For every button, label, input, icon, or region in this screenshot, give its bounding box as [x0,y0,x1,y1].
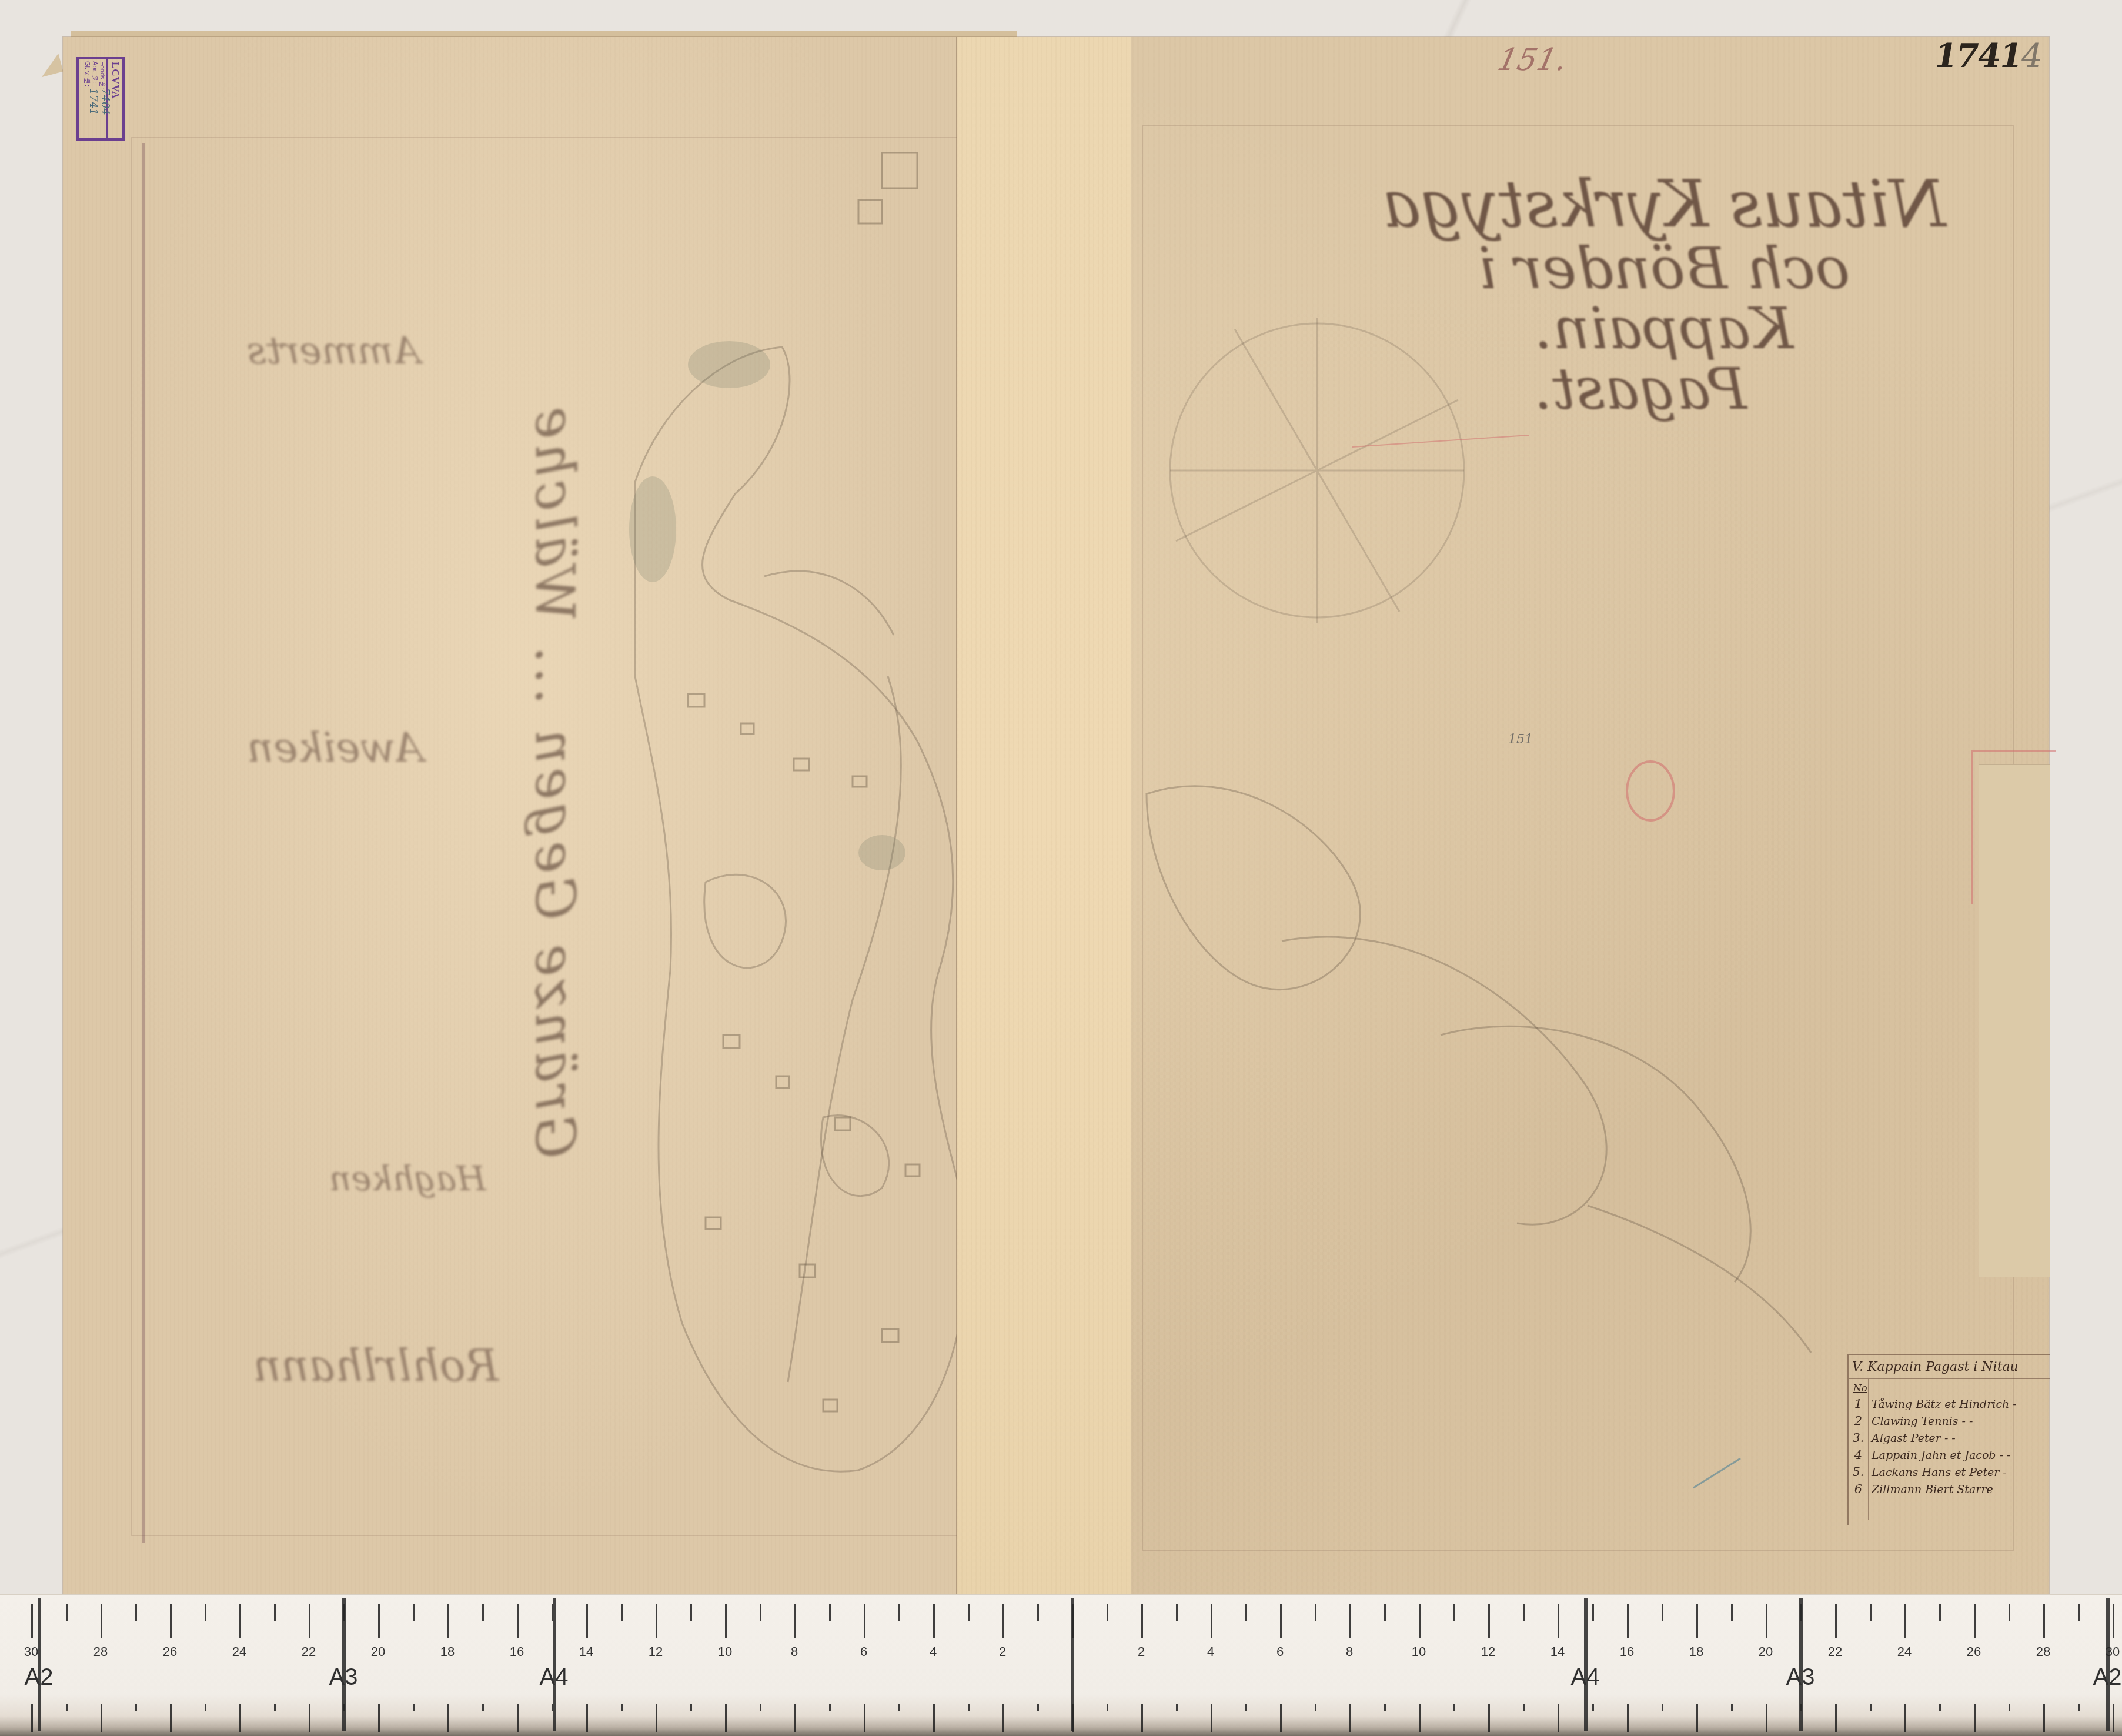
ruler-tick [1419,1704,1421,1732]
ruler-size-mark: A4 [540,1664,569,1691]
ruler-tick [690,1604,692,1621]
ruler-tick [309,1704,310,1732]
stamp-glv-value: 1741 [87,88,99,115]
ruler-tick-label: 4 [1207,1644,1214,1660]
ruler-tick [864,1704,865,1732]
ruler-tick [1627,1704,1629,1732]
ruler-tick [205,1704,206,1711]
ruler-tick-label: 6 [860,1644,867,1660]
stamp-handwritten-values: 7404 1741 [87,88,111,115]
ruler-tick [1592,1604,1594,1621]
ruler-tick [1384,1704,1386,1711]
ruler-tick [1384,1604,1386,1621]
ruler-tick [170,1604,172,1638]
legend-row: 4Lappain Jahn et Jacob - - [1849,1448,2050,1465]
ruler-tick [1107,1704,1108,1711]
ruler-tick-label: 18 [440,1644,455,1660]
ruler-tick [1002,1604,1004,1638]
faint-label: Aweiken [247,723,423,772]
ruler-tick [2113,1604,2114,1638]
ruler-tick [274,1704,276,1711]
ruler-tick [517,1704,519,1732]
ruler-size-mark: A3 [1786,1664,1815,1691]
title-line-1: Nitaus Kyrkstyga [1370,171,1958,239]
stamp-apr-value: 7404 [99,88,111,115]
ruler-tick [1315,1604,1316,1621]
ruler-tick [1835,1704,1837,1732]
ruler-tick-label: 20 [1759,1644,1773,1660]
ruler-tick [378,1604,380,1638]
ruler-tick [309,1604,310,1638]
legend-row: 5.Lackans Hans et Peter - [1849,1465,2050,1482]
ruler-tick [482,1704,484,1711]
blue-pencil-stroke [1693,1458,1740,1488]
ruler-tick-label: 20 [371,1644,385,1660]
ruler-tick [690,1704,692,1711]
ruler-tick [1037,1704,1039,1711]
ruler-tick-label: 18 [1689,1644,1703,1660]
ruler-tick [101,1604,102,1638]
ruler-tick [760,1604,761,1621]
legend-row: 3.Algast Peter - - [1849,1431,2050,1448]
ruler-tick-label: 26 [163,1644,177,1660]
ruler-tick [1904,1604,1906,1638]
ruler-tick-label: 2 [1138,1644,1145,1660]
title-line-3: Kappain. [1370,299,1958,359]
ruler-tick [2078,1604,2080,1621]
ruler-size-mark: A3 [329,1664,358,1691]
ruler-tick [829,1704,831,1711]
ruler-tick [413,1604,415,1621]
ruler-tick [2043,1604,2045,1638]
ruler-tick [2009,1604,2010,1621]
ruler-tick [1939,1704,1941,1711]
ruler-tick [794,1604,796,1638]
ruler-tick-label: 16 [1620,1644,1634,1660]
ruler-tick [1974,1604,1976,1638]
ruler-tick [66,1704,68,1711]
ruler-tick [135,1604,137,1621]
ruler-tick [447,1604,449,1638]
ruler-tick [1558,1704,1559,1732]
ruler-tick [1419,1604,1421,1638]
ruler-tick [1627,1604,1629,1638]
ruler-tick-label: 10 [1412,1644,1426,1660]
ruler-tick [1696,1704,1698,1732]
ruler-tick [1176,1704,1178,1711]
ruler-tick [725,1704,727,1732]
ruler-tick [1974,1704,1976,1732]
ruler-tick [1592,1704,1594,1711]
ruler-tick [1315,1704,1316,1711]
ruler-tick [1211,1604,1212,1638]
legend-row-text: Lappain Jahn et Jacob - - [1868,1449,2010,1462]
red-pencil-bracket [1971,750,2056,904]
ruler-tick-label: 24 [1897,1644,1912,1660]
ruler-tick-label: 24 [232,1644,246,1660]
ruler-tick [1107,1604,1108,1621]
ruler-tick [1280,1704,1282,1732]
ruler-tick [621,1704,623,1711]
ruler-size-mark: A4 [1571,1664,1600,1691]
mirrored-border-text: Gränze Gegen ... Wälche [523,159,586,1159]
ruler-tick [1731,1704,1733,1711]
ruler-tick [2113,1704,2114,1732]
legend-row-text: Clawing Tennis - - [1868,1415,1973,1428]
ruler-tick [1037,1604,1039,1621]
ruler-tick [829,1604,831,1621]
ruler-tick [1696,1604,1698,1638]
ruler-tick [1280,1604,1282,1638]
center-paper-strip [957,37,1131,1603]
ruler-tick [968,1604,970,1621]
ruler-tick-label: 12 [649,1644,663,1660]
ruler-tick [31,1604,33,1638]
ruler-tick [274,1604,276,1621]
ruler-tick [2043,1704,2045,1732]
ruler-tick-label: 22 [1828,1644,1842,1660]
legend-row: 6Zillmann Biert Starre [1849,1482,2050,1499]
legend-row-text: Zillmann Biert Starre [1868,1483,1993,1496]
ruler-tick [101,1704,102,1732]
ruler-tick [66,1604,68,1621]
legend-row: 1Tåwing Bätz et Hindrich - [1849,1397,2050,1414]
ruler-tick [1453,1704,1455,1711]
ruler-tick [1731,1604,1733,1621]
legend-row-text: Tåwing Bätz et Hindrich - [1868,1398,2017,1411]
ruler-size-mark: A2 [25,1664,54,1691]
ruler-tick-label: 6 [1276,1644,1284,1660]
faint-label: Haghken [329,1159,486,1198]
faint-label: Ammerts [247,329,420,373]
ruler-tick [239,1704,241,1732]
ruler-tick-label: 8 [791,1644,798,1660]
ruler-tick-label: 28 [2036,1644,2050,1660]
measurement-ruler: 3028262422201816141210864224681012141618… [0,1594,2122,1736]
ruler-tick [933,1604,935,1638]
ruler-tick [760,1704,761,1711]
ruler-tick [656,1704,657,1732]
ruler-tick [898,1604,900,1621]
ruler-tick [1662,1604,1663,1621]
ruler-tick [2078,1704,2080,1711]
ruler-tick-label: 14 [1550,1644,1565,1660]
title-line-2: och Bönder i [1370,239,1958,299]
legend-no-header: No [1849,1379,2050,1397]
ruler-tick [170,1704,172,1732]
ruler-tick [898,1704,900,1711]
ruler-tick [413,1704,415,1711]
ruler-tick-label: 14 [579,1644,593,1660]
ruler-tick [1766,1704,1767,1732]
ruler-tick-label: 22 [302,1644,316,1660]
legend-row-text: Algast Peter - - [1868,1432,1956,1445]
ruler-tick [239,1604,241,1638]
ruler-tick [968,1704,970,1711]
ruler-tick [1245,1604,1247,1621]
ruler-tick [794,1704,796,1732]
ruler-tick-label: 30 [24,1644,38,1660]
ruler-tick [586,1604,588,1638]
ruler-tick-label: 12 [1481,1644,1495,1660]
ruler-tick [31,1704,33,1732]
legend-body: No 1Tåwing Bätz et Hindrich - 2Clawing T… [1849,1379,2050,1499]
red-pencil-line [1352,435,1529,447]
ruler-tick [933,1704,935,1732]
ruler-tick [1870,1704,1872,1711]
ruler-tick [1176,1604,1178,1621]
ruler-tick [1349,1704,1351,1732]
page-number: 151. [1495,42,1570,78]
ruler-tick [1939,1604,1941,1621]
ruler-tick-label: 10 [718,1644,732,1660]
ruler-tick [482,1604,484,1621]
mirrored-map-title: Nitaus Kyrkstyga och Bönder i Kappain. P… [1370,171,1958,420]
ruler-tick [725,1604,727,1638]
ruler-tick [1558,1604,1559,1638]
archive-number-main: 1741 [1931,36,2024,75]
ruler-tick [1904,1704,1906,1732]
faint-label: Rohlrlhann [253,1341,499,1391]
ruler-tick-label: 26 [1967,1644,1981,1660]
legend-table: V. Kappain Pagast i Nitau No 1Tåwing Bät… [1847,1354,2050,1525]
ruler-tick-label: 28 [93,1644,108,1660]
ruler-tick [1870,1604,1872,1621]
ruler-tick [378,1704,380,1732]
ruler-size-mark: A2 [2093,1664,2122,1691]
ruler-tick-label: 16 [510,1644,524,1660]
ruler-tick [656,1604,657,1638]
ruler-tick [517,1604,519,1638]
ruler-tick-label: 8 [1346,1644,1353,1660]
lake-shading [688,341,770,388]
title-line-4: Pagast. [1370,359,1958,420]
ruler-tick-label: 4 [930,1644,937,1660]
ruler-tick [447,1704,449,1732]
ruler-tick [1071,1598,1074,1731]
ruler-tick [1453,1604,1455,1621]
ruler-tick [1523,1704,1525,1711]
ruler-tick-label: 2 [999,1644,1006,1660]
red-pencil-circle [1627,762,1674,820]
ruler-tick [1488,1704,1490,1732]
ruler-tick [2009,1704,2010,1711]
ruler-tick [1662,1704,1663,1711]
ruler-tick [1523,1604,1525,1621]
legend-number-column [1849,1379,1869,1520]
ruler-tick [586,1704,588,1732]
legend-row: 2Clawing Tennis - - [1849,1414,2050,1431]
ruler-tick [1141,1704,1143,1732]
ruler-tick [621,1604,623,1621]
ruler-tick [1211,1704,1212,1732]
pencil-number: 151 [1508,732,1533,747]
ruler-tick [135,1704,137,1711]
ruler-tick [1141,1604,1143,1638]
ruler-tick [1488,1604,1490,1638]
ruler-tick [1245,1704,1247,1711]
ruler-tick [1349,1604,1351,1638]
ruler-tick [205,1604,206,1621]
archive-number: 17414 [1931,36,2044,75]
legend-row-text: Lackans Hans et Peter - [1868,1466,2007,1479]
ruler-tick [1002,1704,1004,1732]
ruler-tick [864,1604,865,1638]
legend-title: V. Kappain Pagast i Nitau [1849,1355,2050,1379]
ruler-tick [1835,1604,1837,1638]
ruler-tick [1766,1604,1767,1638]
